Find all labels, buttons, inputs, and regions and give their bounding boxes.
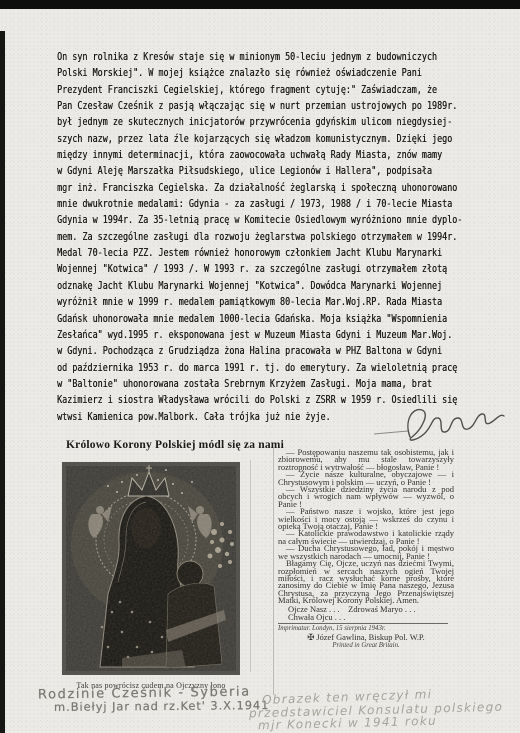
bishop-signature-line: ✠ Józef Gawlina, Biskup Pol. W.P. [278, 633, 454, 642]
imprimatur-line: Imprimatur. Londyn, 15 sierpnia 1943r. [278, 625, 454, 633]
scan-edge-left [0, 31, 5, 733]
prayer-calls-line2: Chwała Ojcu . . . [278, 613, 454, 621]
black-madonna-icon-image [62, 462, 240, 675]
card-edge-line [250, 460, 251, 672]
prayer-invocation: — Postępowaniu naszemu tak osobistemu, j… [278, 449, 454, 471]
prayer-invocation: — Wszystkie dziedziny życia narodu z pod… [278, 486, 454, 508]
printed-note: Printed in Great Britain. [278, 642, 454, 650]
scan-edge-top [0, 0, 520, 9]
scanned-memoir-page: On syn rolnika z Kresów staje się w mini… [0, 0, 520, 733]
prayer-text-column: — Postępowaniu naszemu tak osobistemu, j… [278, 449, 454, 650]
prayer-closing: Błagamy Cię, Ojcze, uczyń nas dziećmi Tw… [278, 560, 454, 604]
card-fold-line [273, 448, 274, 695]
handwritten-dedication-line2: m.Biełyj Jar nad rz.Ket' 3.X.1941 [54, 698, 269, 714]
madonna-icon-graphic [62, 462, 240, 675]
prayer-card-title: Królowo Korony Polskiej módl się za nami [66, 439, 266, 451]
prayer-invocation: — Państwo nasze i wojsko, które jest jeg… [278, 508, 454, 530]
typed-memoir-text: On syn rolnika z Kresów staje się w mini… [57, 49, 474, 425]
imprimatur-divider [278, 623, 448, 624]
handwritten-signature [372, 403, 512, 451]
